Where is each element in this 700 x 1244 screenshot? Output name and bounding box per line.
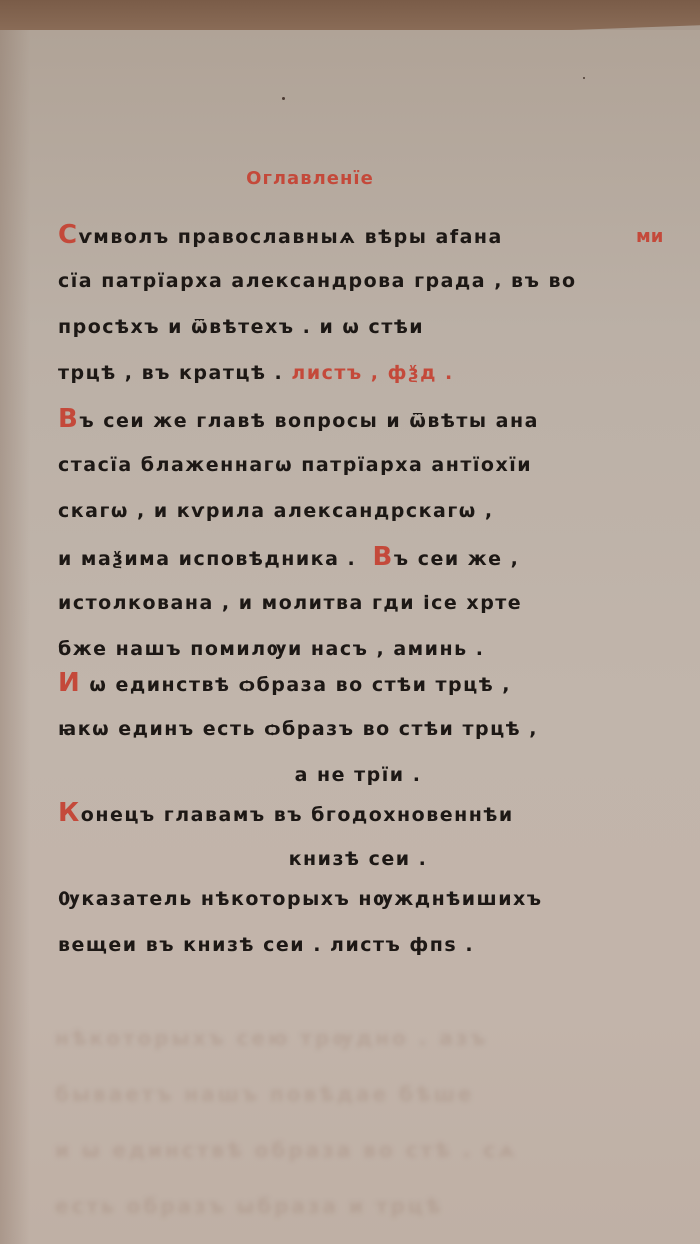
section-end-of-chapters: Конецъ главамъ въ бгодохновеннѣи книзѣ с… [58, 790, 658, 882]
text-line: и маѯима исповѣдника . Въ сеи же , [58, 534, 658, 580]
text-line: вещеи въ книзѣ сеи . листъ фпѕ . [58, 922, 658, 968]
text-line: скагѡ , и кѵрила александрскагѡ , [58, 488, 658, 534]
section-index: Ѹказатель нѣкоторыхъ нѹжднѣишихъ вещеи в… [58, 876, 658, 968]
text-line: И ѡ единствѣ ѻбраза во стѣи трцѣ , [58, 660, 658, 706]
red-initial: В [372, 542, 393, 572]
paper-speck [583, 77, 585, 79]
bleed-through-text: нѣкоторыхъ сею трѹдно . азъ бываетъ нашъ… [55, 1010, 645, 1234]
text-line: Сѵмволъ православныѧ вѣры аfана [58, 212, 658, 258]
red-initial: К [58, 798, 81, 828]
text-line: истолкована , и молитва гди ісе хрте [58, 580, 658, 626]
red-initial: В [58, 404, 79, 434]
page-title: Оглавленїе [0, 168, 620, 189]
page-reference: листъ , фѯд . [291, 362, 453, 384]
text-line: просѣхъ и ѿвѣтехъ . и ѡ стѣи [58, 304, 658, 350]
page-gutter-shade [0, 30, 30, 1244]
section-unity-of-image: И ѡ единствѣ ѻбраза во стѣи трцѣ , ꙗкѡ е… [58, 660, 658, 798]
text-line: Ѹказатель нѣкоторыхъ нѹжднѣишихъ [58, 876, 658, 922]
text-line: Конецъ главамъ въ бгодохновеннѣи [58, 790, 658, 836]
text-line: стасїа блаженнагѡ патрїарха антїохїи [58, 442, 658, 488]
section-creed-and-questions: Сѵмволъ православныѧ вѣры аfана сїа патр… [58, 212, 658, 672]
text-line: ꙗкѡ единъ есть ѻбразъ во стѣи трцѣ , [58, 706, 658, 752]
text-line: трцѣ , въ кратцѣ . листъ , фѯд . [58, 350, 658, 396]
red-initial: С [58, 220, 79, 250]
paper-speck [282, 97, 285, 100]
red-initial: И [58, 668, 81, 698]
text-line: сїа патрїарха александрова града , въ во [58, 258, 658, 304]
text-line: Въ сеи же главѣ вопросы и ѿвѣты ана [58, 396, 658, 442]
